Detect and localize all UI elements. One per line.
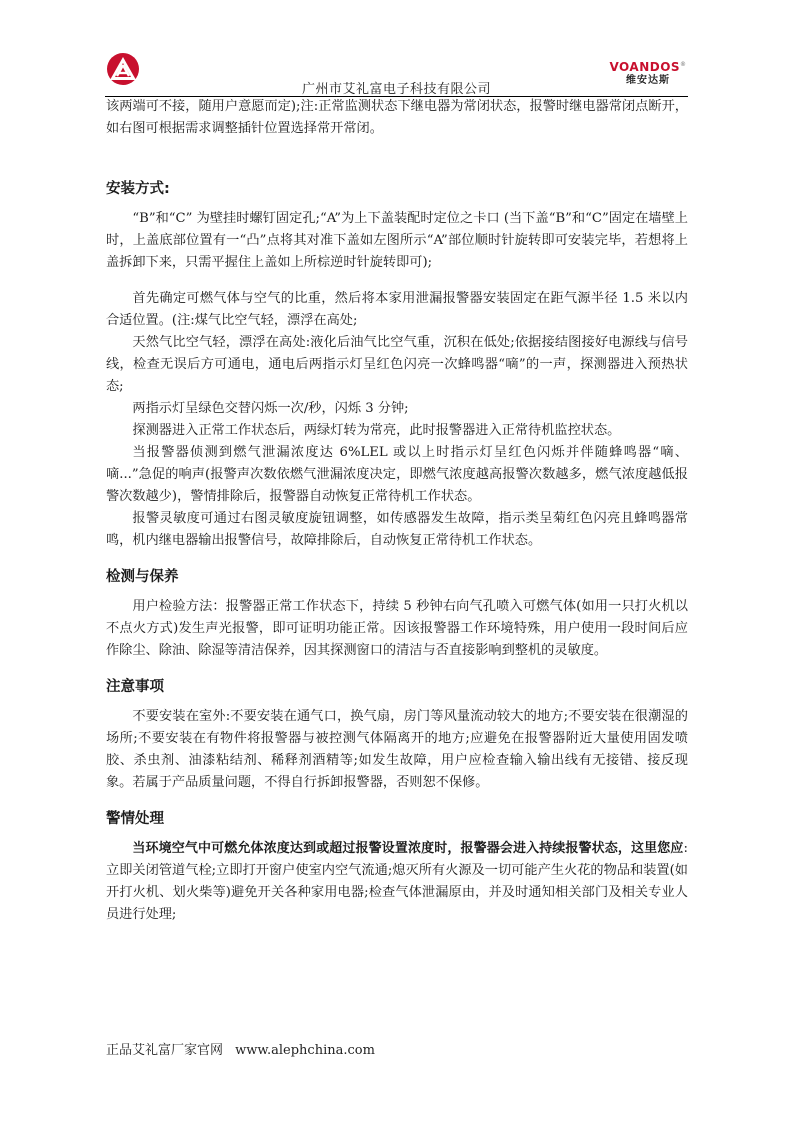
alarm-paragraph: 当环境空气中可燃允体浓度达到或超过报警设置浓度时，报警器会进入持续报警状态，这里… <box>106 838 688 926</box>
alarm-bold-lead: 当环境空气中可燃允体浓度达到或超过报警设置浓度时，报警器会进入持续报警状态，这里… <box>132 841 683 856</box>
brand-logo: VOANDOS® 维安达斯 <box>608 58 688 88</box>
notes-paragraph: 不要安装在室外:不要安装在通气口，换气扇，房门等风量流动较大的地方;不要安装在很… <box>106 706 688 794</box>
footer-url[interactable]: www.alephchina.com <box>235 1043 375 1058</box>
section-title-notes: 注意事项 <box>106 676 688 698</box>
section-title-maintenance: 检测与保养 <box>106 566 688 588</box>
section-title-alarm: 警情处理 <box>106 808 688 830</box>
document-body: 该两端可不接，随用户意愿而定);注:正常监测状态下继电器为常闭状态，报警时继电器… <box>106 96 688 926</box>
install-paragraph: 两指示灯呈绿色交替闪烁一次/秒，闪烁 3 分钟; <box>106 398 688 420</box>
brand-name-cn: 维安达斯 <box>608 74 688 88</box>
intro-paragraph: 该两端可不接，随用户意愿而定);注:正常监测状态下继电器为常闭状态，报警时继电器… <box>106 96 688 140</box>
section-title-install: 安装方式: <box>106 178 688 200</box>
company-name: 广州市艾礼富电子科技有限公司 <box>105 78 688 97</box>
install-paragraph: 报警灵敏度可通过右图灵敏度旋钮调整，如传感器发生故障，指示类呈菊红色闪亮且蜂鸣器… <box>106 508 688 552</box>
install-paragraph: 当报警器侦测到燃气泄漏浓度达 6%LEL 或以上时指示灯呈红色闪烁并伴随蜂鸣器“… <box>106 442 688 508</box>
maintenance-paragraph: 用户检验方法：报警器正常工作状态下，持续 5 秒钟右向气孔喷入可燃气体(如用一只… <box>106 596 688 662</box>
install-paragraph: “B”和“C” 为壁挂时螺钉固定孔;“A”为上下盖装配时定位之卡口 (当下盖“B… <box>106 208 688 274</box>
install-paragraph: 首先确定可燃气体与空气的比重，然后将本家用泄漏报警器安装固定在距气源半径 1.5… <box>106 288 688 332</box>
page-footer: 正品艾礼富厂家官网 www.alephchina.com <box>106 1039 375 1058</box>
page-header: 广州市艾礼富电子科技有限公司 VOANDOS® 维安达斯 <box>105 52 688 97</box>
install-paragraph: 天然气比空气轻，漂浮在高处:液化后油气比空气重，沉积在低处;依据接结图接好电源线… <box>106 332 688 398</box>
footer-label: 正品艾礼富厂家官网 <box>106 1043 223 1058</box>
install-paragraph: 探测器进入正常工作状态后，两绿灯转为常亮，此时报警器进入正常待机监控状态。 <box>106 420 688 442</box>
brand-name-en: VOANDOS® <box>608 58 688 74</box>
